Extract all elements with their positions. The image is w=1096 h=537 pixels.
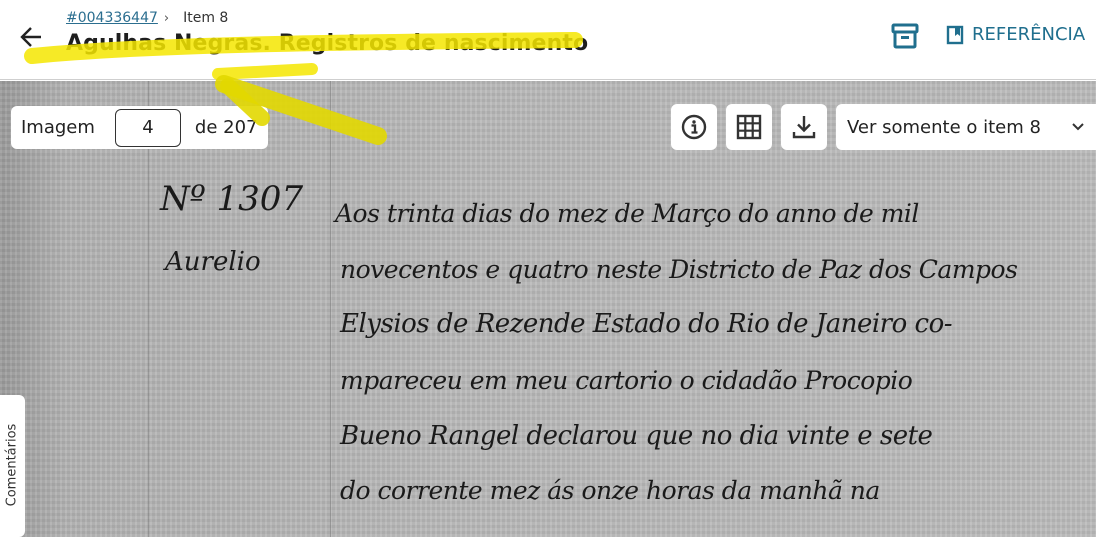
image-pager: Imagem 4 de 207 (11, 106, 268, 149)
view-filter-value: Ver somente o item 8 (847, 117, 1041, 138)
margin-name: Aurelio (165, 247, 261, 277)
reference-label: REFERÊNCIA (972, 24, 1085, 45)
margin-line (330, 81, 331, 537)
breadcrumb-collection-link[interactable]: #004336447 (66, 10, 158, 26)
reference-button[interactable]: REFERÊNCIA (946, 24, 1085, 45)
chevron-down-icon (1070, 118, 1086, 134)
archive-box-icon[interactable] (890, 22, 920, 50)
image-number-input[interactable]: 4 (115, 109, 181, 147)
download-button[interactable] (781, 104, 827, 150)
comments-label: Comentários (5, 424, 20, 507)
handwritten-line: Elysios de Rezende Estado do Rio de Jane… (340, 309, 952, 339)
handwritten-line: do corrente mez ás onze horas da manhã n… (340, 476, 880, 505)
download-icon (792, 114, 816, 140)
breadcrumb-separator: › (164, 11, 169, 26)
view-filter-select[interactable]: Ver somente o item 8 (836, 104, 1096, 150)
entry-number: Nº 1307 (160, 179, 303, 219)
handwritten-line: novecentos e quatro neste Districto de P… (340, 255, 1017, 284)
top-header: #004336447 › Item 8 Agulhas Negras. Regi… (0, 0, 1096, 80)
comments-tab[interactable]: Comentários (0, 395, 25, 537)
margin-line (148, 81, 149, 537)
grid-icon (736, 114, 762, 140)
breadcrumb-item: Item 8 (183, 10, 228, 26)
handwritten-line: Aos trinta dias do mez de Março do anno … (335, 199, 919, 228)
handwritten-line: Bueno Rangel declarou que no dia vinte e… (340, 421, 932, 451)
info-button[interactable] (671, 104, 717, 150)
breadcrumb: #004336447 › Item 8 (66, 10, 228, 26)
image-viewer[interactable]: Nº 1307 Aurelio Aos trinta dias do mez d… (0, 81, 1096, 537)
back-arrow-icon[interactable] (16, 22, 46, 52)
handwritten-line: mpareceu em meu cartorio o cidadão Proco… (340, 366, 912, 395)
info-icon (681, 114, 707, 140)
page-title: Agulhas Negras. Registros de nascimento (66, 31, 588, 56)
grid-view-button[interactable] (726, 104, 772, 150)
pager-label: Imagem (21, 117, 95, 138)
bookmark-book-icon (946, 25, 964, 45)
pager-total: de 207 (195, 117, 258, 138)
